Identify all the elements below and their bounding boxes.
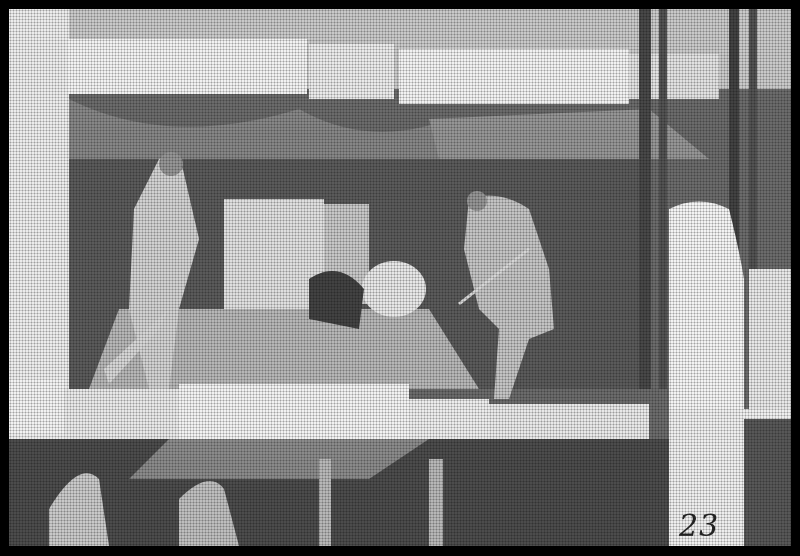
engraving-scene <box>9 9 791 546</box>
engraving-frame: 23 <box>9 9 791 546</box>
page-number: 23 <box>679 509 719 544</box>
